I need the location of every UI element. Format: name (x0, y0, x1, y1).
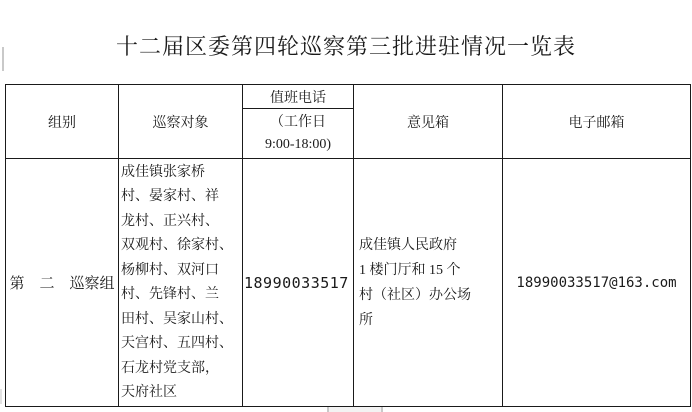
col-header-targets: 巡察对象 (119, 85, 243, 159)
col-header-mailbox: 意见箱 (354, 85, 503, 159)
col-header-phone-title: 值班电话 (243, 85, 353, 109)
duty-phone-number: 18990033517 (243, 274, 353, 292)
horizontal-scrollbar-thumb[interactable] (327, 407, 383, 412)
cell-email-address: 18990033517@163.com (503, 159, 691, 407)
inspection-table: 组别 巡察对象 值班电话 （工作日 9:00-18:00) 意见箱 电子邮箱 第… (5, 84, 691, 407)
inspection-targets-text: 成佳镇张家桥 村、晏家村、祥 龙村、正兴村、 双观村、徐家村、 杨柳村、双河口 … (119, 160, 242, 406)
col-header-email: 电子邮箱 (503, 85, 691, 159)
cell-duty-phone: 18990033517 (243, 159, 354, 407)
mailbox-location-text: 成佳镇人民政府 1 楼门厅和 15 个 村（社区）办公场 所 (354, 233, 471, 333)
document-page: 十二届区委第四轮巡察第三批进驻情况一览表 组别 巡察对象 值班电话 （工作日 9… (0, 0, 692, 412)
table-row: 第 二 巡察组 成佳镇张家桥 村、晏家村、祥 龙村、正兴村、 双观村、徐家村、 … (6, 159, 691, 407)
col-header-phone-hours: （工作日 9:00-18:00) (243, 109, 353, 158)
page-title: 十二届区委第四轮巡察第三批进驻情况一览表 (0, 30, 692, 61)
mailbox-location-wrap: 成佳镇人民政府 1 楼门厅和 15 个 村（社区）办公场 所 (354, 160, 502, 405)
col-header-group: 组别 (6, 85, 119, 159)
left-edge-artifact (0, 389, 2, 404)
cell-mailbox-location: 成佳镇人民政府 1 楼门厅和 15 个 村（社区）办公场 所 (354, 159, 503, 407)
cell-inspection-targets: 成佳镇张家桥 村、晏家村、祥 龙村、正兴村、 双观村、徐家村、 杨柳村、双河口 … (119, 159, 243, 407)
table-header-row: 组别 巡察对象 值班电话 （工作日 9:00-18:00) 意见箱 电子邮箱 (6, 85, 691, 159)
cell-inspection-group: 第 二 巡察组 (6, 159, 119, 407)
col-header-phone: 值班电话 （工作日 9:00-18:00) (243, 85, 354, 159)
